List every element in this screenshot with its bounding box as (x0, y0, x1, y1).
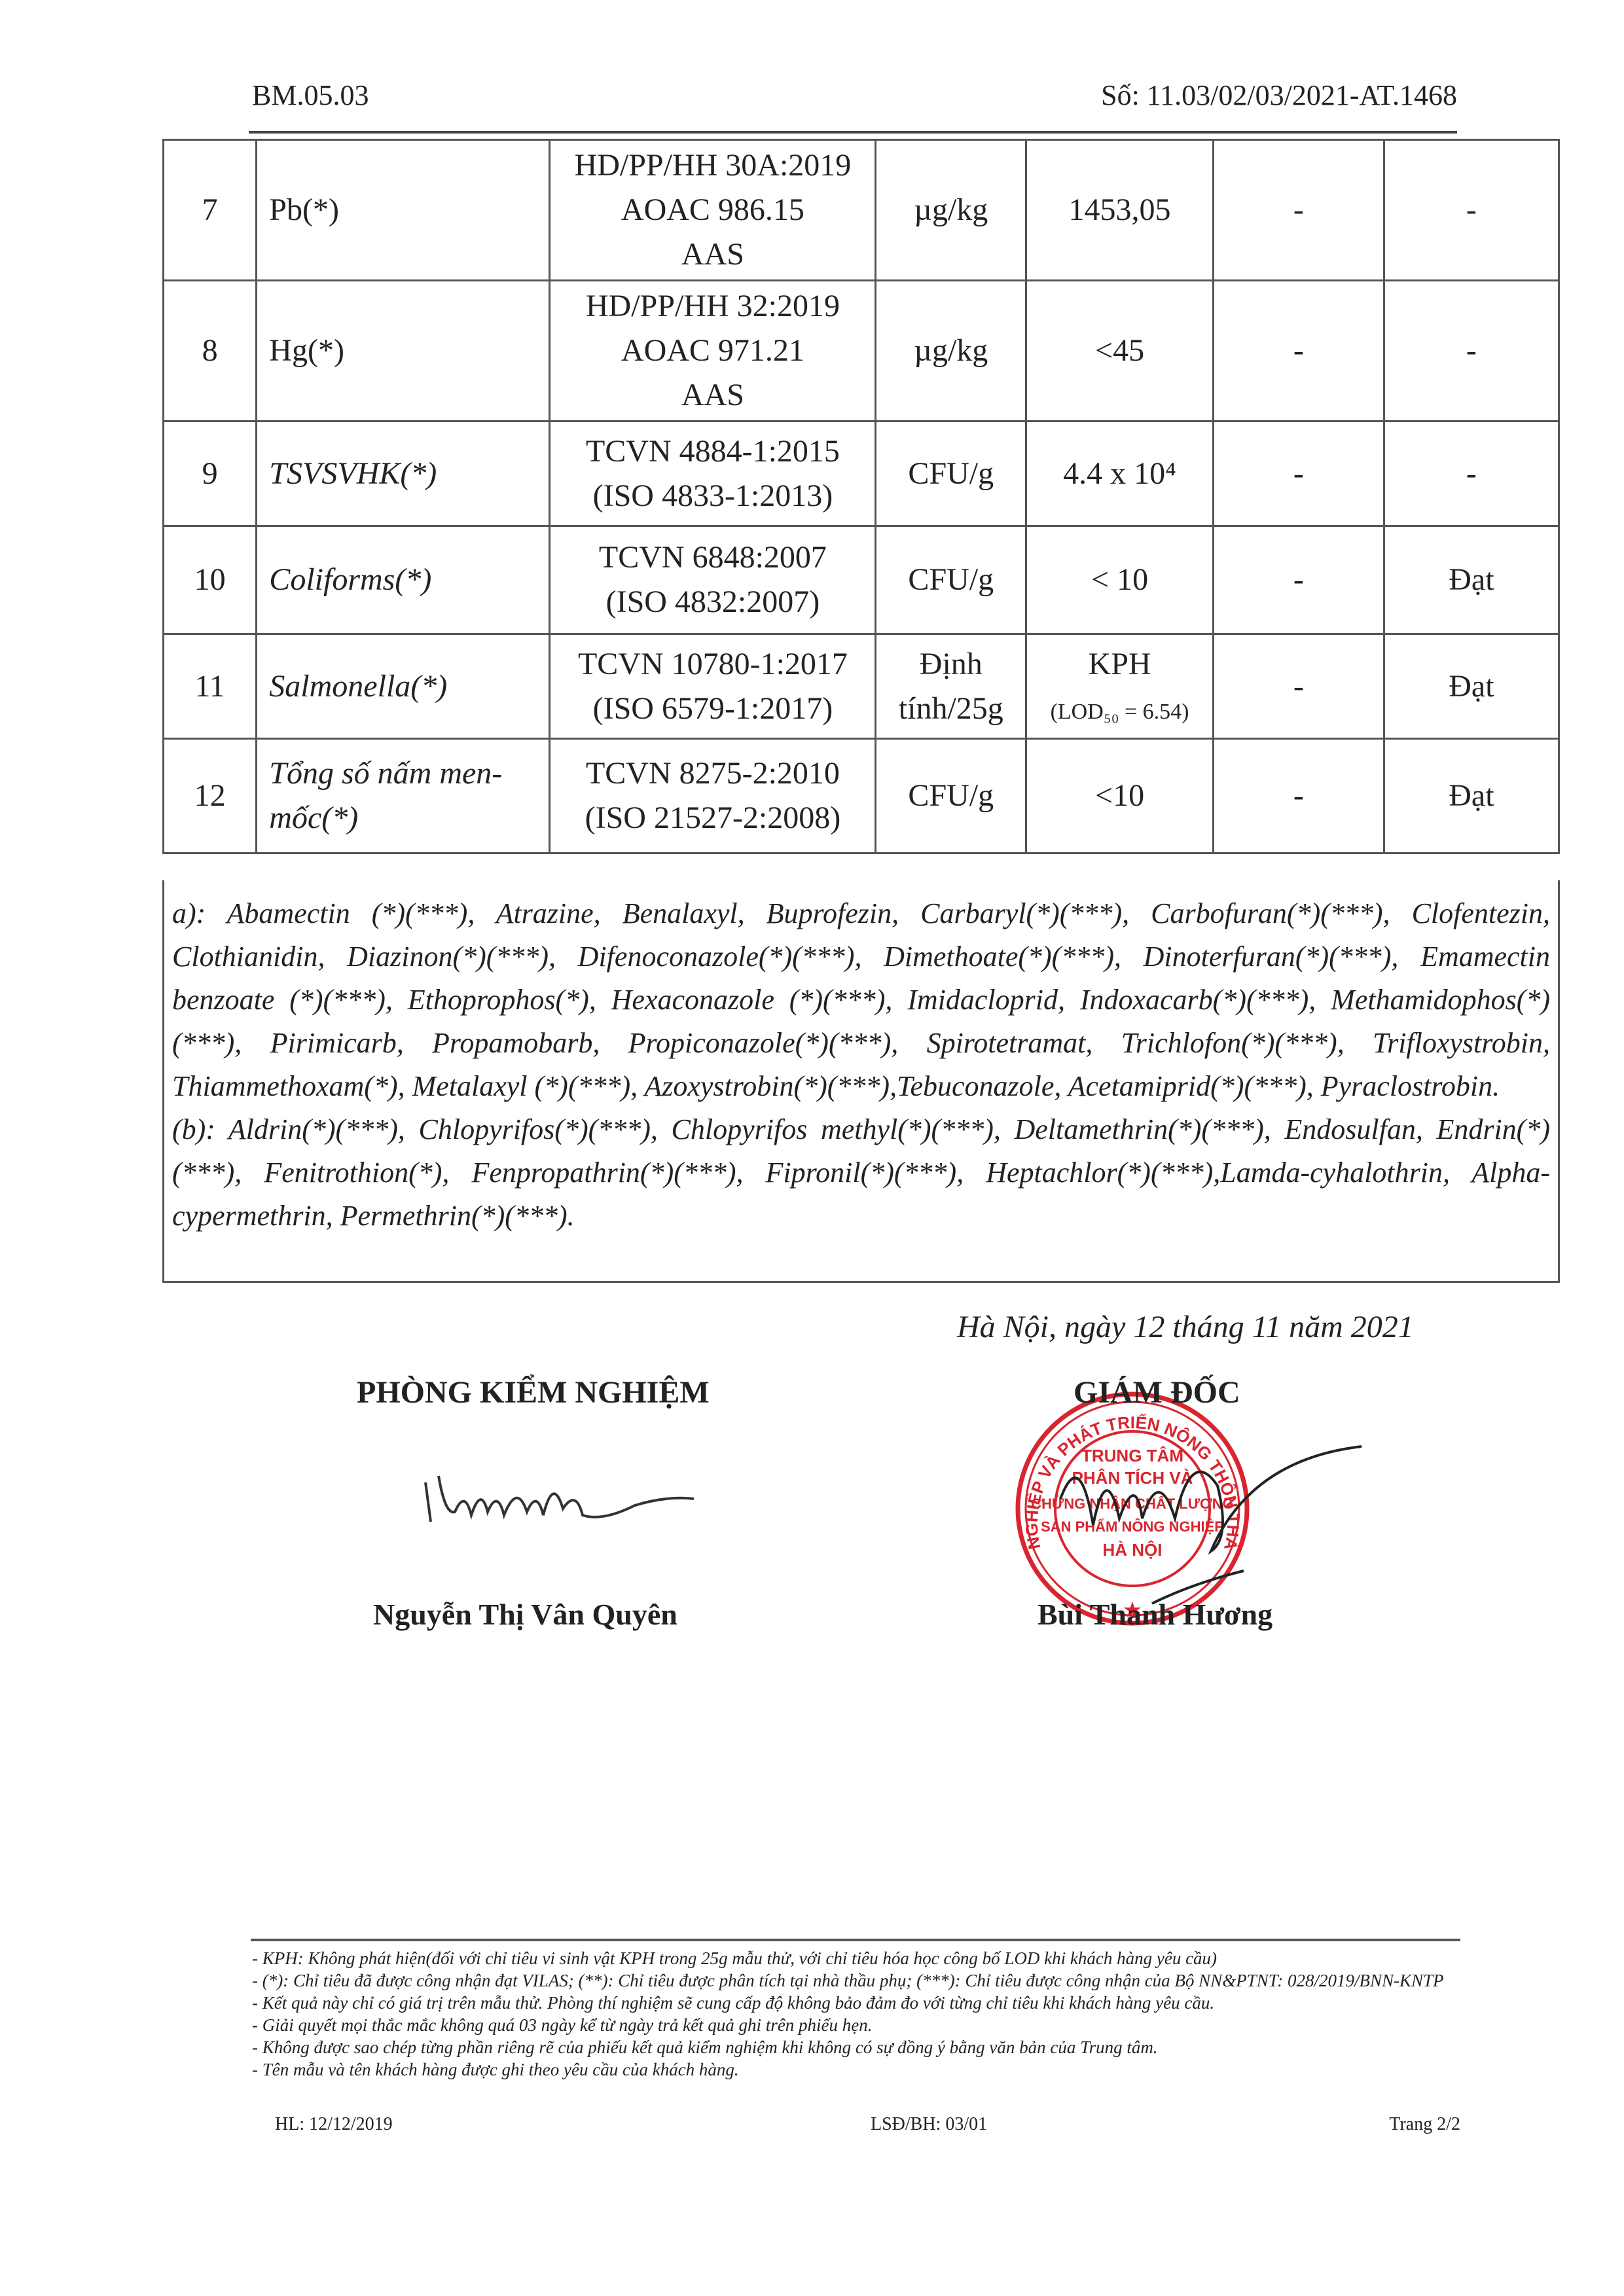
header-divider (249, 131, 1457, 134)
evaluation: Đạt (1384, 739, 1559, 853)
evaluation: - (1384, 281, 1559, 422)
indicator-name: Coliforms(*) (257, 526, 550, 634)
pesticide-notes: a): Abamectin (*)(***), Atrazine, Benala… (162, 880, 1560, 1283)
result: KPH(LOD₅₀ = 6.54) (1026, 634, 1214, 739)
effective-date: HL: 12/12/2019 (275, 2114, 393, 2135)
row-number: 10 (164, 526, 257, 634)
table-row: 11Salmonella(*)TCVN 10780-1:2017(ISO 657… (164, 634, 1559, 739)
table-row: 12Tổng số nấm men-mốc(*)TCVN 8275-2:2010… (164, 739, 1559, 853)
row-number: 9 (164, 422, 257, 526)
evaluation: Đạt (1384, 526, 1559, 634)
row-number: 11 (164, 634, 257, 739)
indicator-name: Tổng số nấm men-mốc(*) (257, 739, 550, 853)
unit: Định tính/25g (876, 634, 1026, 739)
test-method: TCVN 6848:2007(ISO 4832:2007) (550, 526, 876, 634)
footnote-line: - Giải quyết mọi thắc mắc không quá 03 n… (252, 2014, 1476, 2036)
unit: µg/kg (876, 140, 1026, 281)
unit: CFU/g (876, 739, 1026, 853)
result: 1453,05 (1026, 140, 1214, 281)
unit: CFU/g (876, 422, 1026, 526)
footnote-line: - KPH: Không phát hiện(đối với chỉ tiêu … (252, 1947, 1476, 1969)
limit: - (1213, 422, 1384, 526)
footnote-line: - Tên mẫu và tên khách hàng được ghi the… (252, 2058, 1476, 2081)
footnote-line: - Không được sao chép từng phần riêng rẽ… (252, 2036, 1476, 2058)
unit: µg/kg (876, 281, 1026, 422)
evaluation: - (1384, 140, 1559, 281)
unit: CFU/g (876, 526, 1026, 634)
test-method: TCVN 8275-2:2010(ISO 21527-2:2008) (550, 739, 876, 853)
lab-signature-icon (419, 1450, 720, 1535)
document-number: Số: 11.03/02/03/2021-AT.1468 (1101, 79, 1457, 112)
result: < 10 (1026, 526, 1214, 634)
lab-signer-name: Nguyễn Thị Vân Quyên (373, 1597, 677, 1632)
table-row: 10Coliforms(*)TCVN 6848:2007(ISO 4832:20… (164, 526, 1559, 634)
form-code: BM.05.03 (252, 79, 369, 112)
director-signer-name: Bùi Thanh Hương (1038, 1597, 1272, 1632)
director-signature-icon (1021, 1420, 1388, 1617)
limit: - (1213, 140, 1384, 281)
place-date: Hà Nội, ngày 12 tháng 11 năm 2021 (957, 1309, 1414, 1345)
limit: - (1213, 739, 1384, 853)
footer-divider (251, 1939, 1460, 1941)
revision-code: LSĐ/BH: 03/01 (871, 2114, 987, 2135)
table-row: 9TSVSVHK(*)TCVN 4884-1:2015(ISO 4833-1:2… (164, 422, 1559, 526)
results-table: 7Pb(*)HD/PP/HH 30A:2019AOAC 986.15AASµg/… (162, 139, 1560, 854)
row-number: 8 (164, 281, 257, 422)
test-method: HD/PP/HH 32:2019AOAC 971.21AAS (550, 281, 876, 422)
evaluation: Đạt (1384, 634, 1559, 739)
limit: - (1213, 634, 1384, 739)
result: <45 (1026, 281, 1214, 422)
limit: - (1213, 526, 1384, 634)
indicator-name: Salmonella(*) (257, 634, 550, 739)
test-method: TCVN 4884-1:2015(ISO 4833-1:2013) (550, 422, 876, 526)
footnote-line: - (*): Chỉ tiêu đã được công nhận đạt VI… (252, 1969, 1476, 1992)
lab-title: PHÒNG KIỂM NGHIỆM (357, 1374, 710, 1410)
footnotes: - KPH: Không phát hiện(đối với chỉ tiêu … (252, 1947, 1476, 2081)
indicator-name: Hg(*) (257, 281, 550, 422)
notes-group-b: (b): Aldrin(*)(***), Chlopyrifos(*)(***)… (172, 1108, 1550, 1238)
notes-group-a: a): Abamectin (*)(***), Atrazine, Benala… (172, 892, 1550, 1108)
indicator-name: TSVSVHK(*) (257, 422, 550, 526)
test-method: TCVN 10780-1:2017(ISO 6579-1:2017) (550, 634, 876, 739)
evaluation: - (1384, 422, 1559, 526)
test-method: HD/PP/HH 30A:2019AOAC 986.15AAS (550, 140, 876, 281)
table-row: 7Pb(*)HD/PP/HH 30A:2019AOAC 986.15AASµg/… (164, 140, 1559, 281)
result: <10 (1026, 739, 1214, 853)
limit: - (1213, 281, 1384, 422)
result-lod: (LOD₅₀ = 6.54) (1051, 700, 1189, 724)
result: 4.4 x 10⁴ (1026, 422, 1214, 526)
row-number: 7 (164, 140, 257, 281)
row-number: 12 (164, 739, 257, 853)
table-row: 8Hg(*)HD/PP/HH 32:2019AOAC 971.21AASµg/k… (164, 281, 1559, 422)
indicator-name: Pb(*) (257, 140, 550, 281)
footnote-line: - Kết quả này chỉ có giá trị trên mẫu th… (252, 1992, 1476, 2014)
director-title: GIÁM ĐỐC (1074, 1374, 1240, 1410)
page-number: Trang 2/2 (1389, 2114, 1460, 2135)
